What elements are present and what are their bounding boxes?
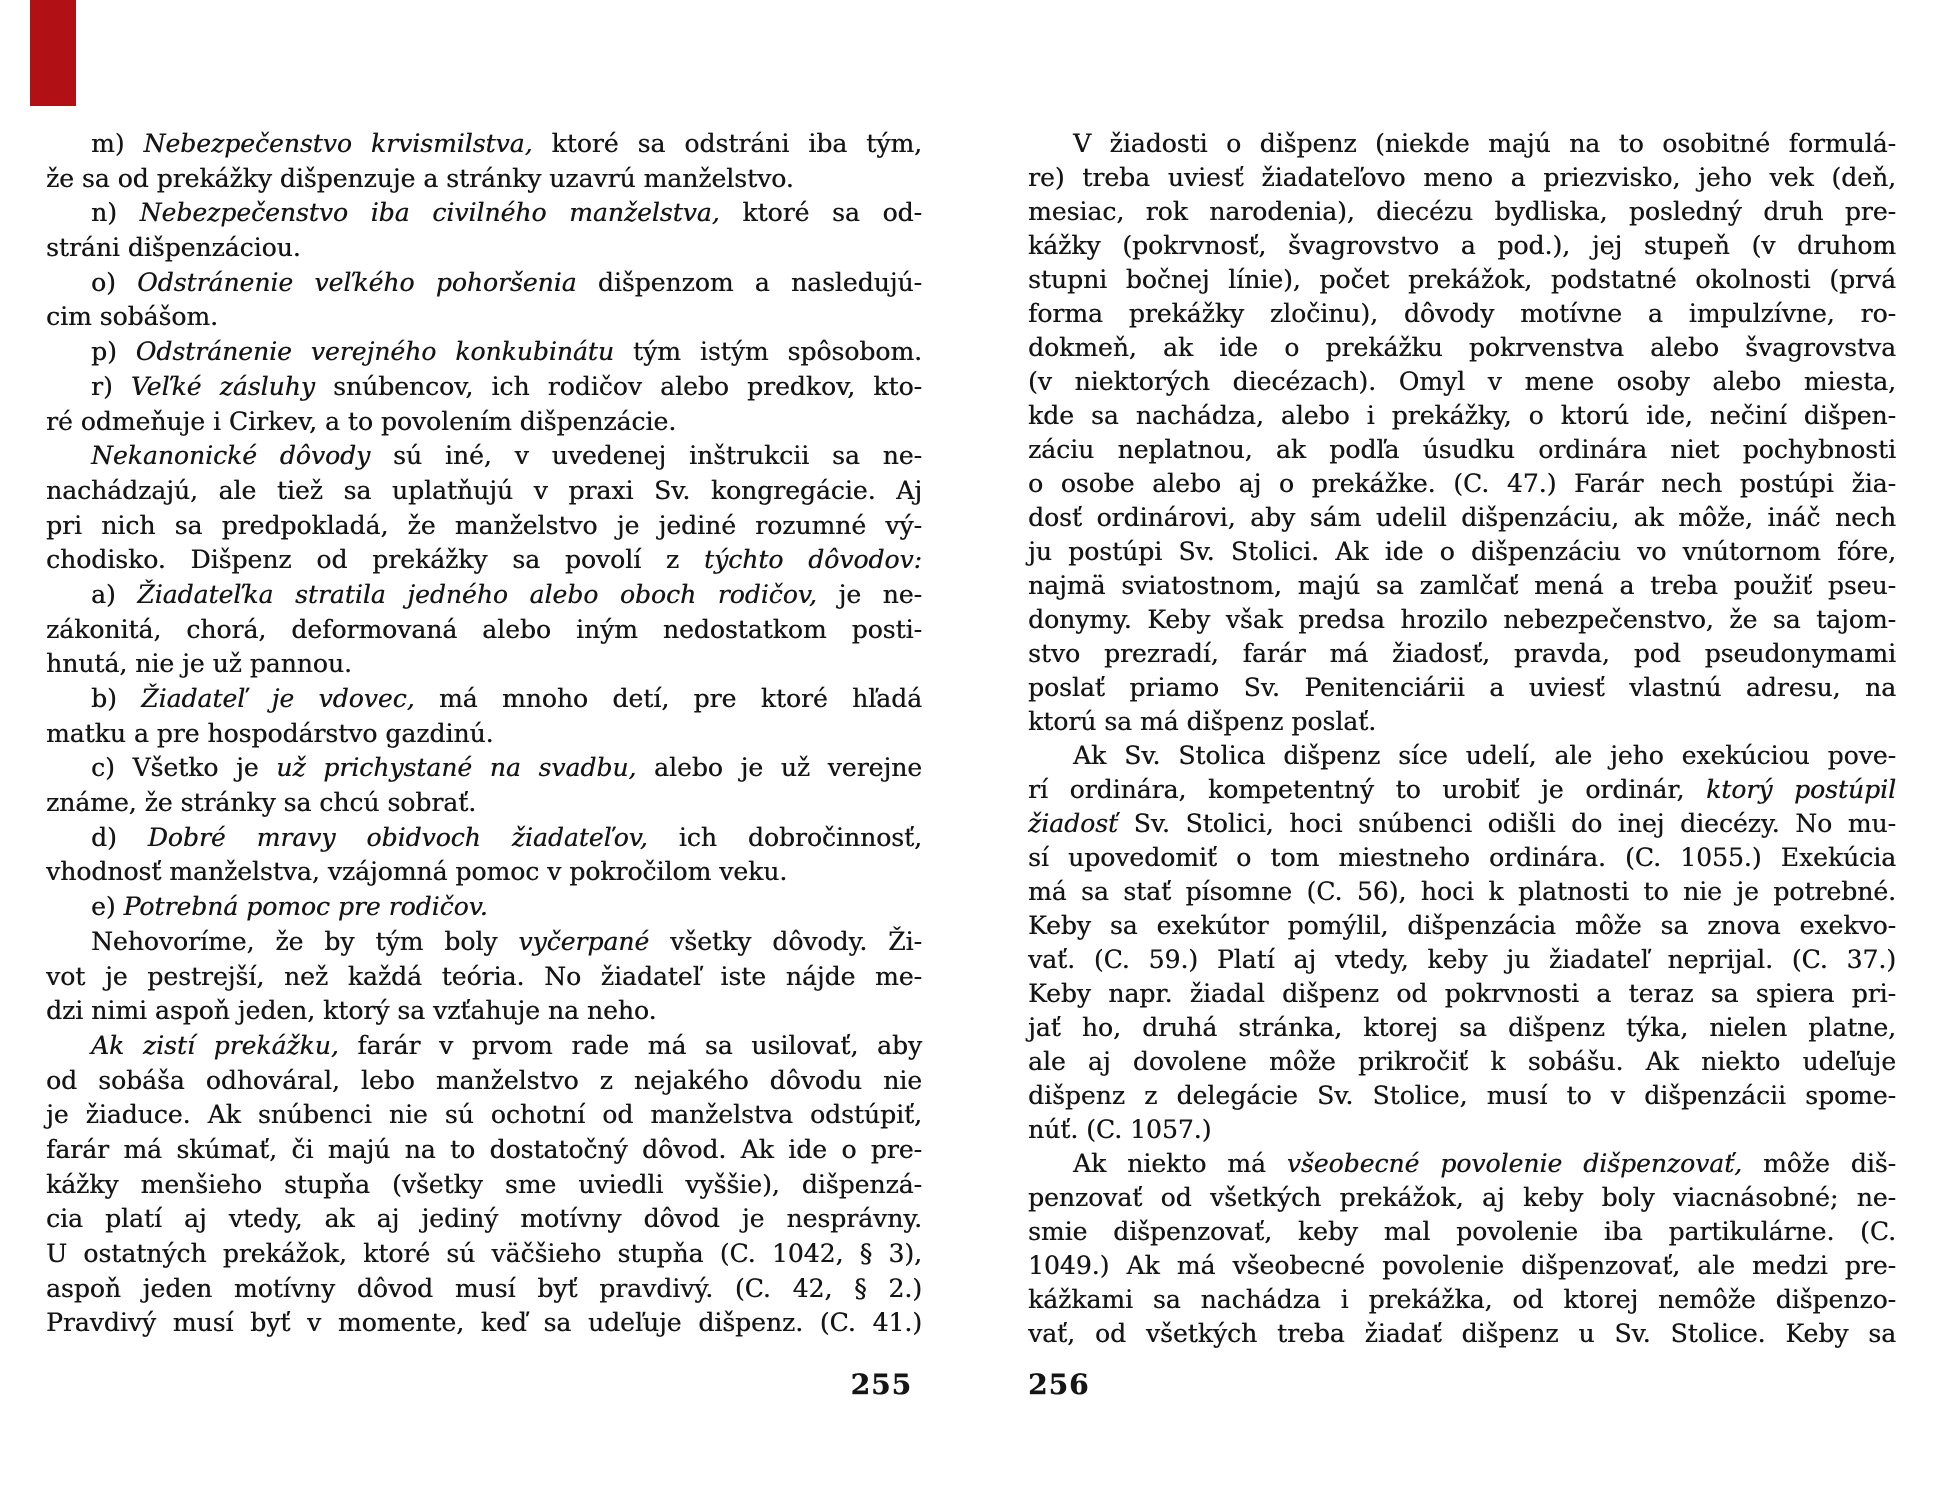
text-segment: vot je pestrejší, než každá teória. No ž… xyxy=(46,962,922,991)
italic-text-segment: Žiadateľ je vdovec, xyxy=(141,684,414,713)
text-line: kážkami sa nachádza i prekážka, od ktore… xyxy=(1028,1283,1896,1317)
text-segment: dišpenz z delegácie Sv. Stolice, musí to… xyxy=(1028,1081,1896,1110)
text-segment: ale aj dovolene môže prikročiť k sobášu.… xyxy=(1028,1047,1896,1076)
text-segment: Sv. Stolici, hoci snúbenci odišli do ine… xyxy=(1118,809,1896,838)
italic-text-segment: vyčerpané xyxy=(518,927,649,956)
text-segment: smie dišpenzovať, keby mal povolenie iba… xyxy=(1028,1217,1896,1246)
text-segment: d) xyxy=(91,823,148,852)
text-segment: stráni dišpenzáciou. xyxy=(46,233,301,262)
text-segment: matku a pre hospodárstvo gazdinú. xyxy=(46,719,494,748)
text-line: Ak niekto má všeobecné povolenie dišpenz… xyxy=(1028,1147,1896,1181)
text-line: chodisko. Dišpenz od prekážky sa povolí … xyxy=(46,543,922,578)
text-line: núť. (C. 1057.) xyxy=(1028,1113,1896,1147)
text-line: (v niektorých diecézach). Omyl v mene os… xyxy=(1028,365,1896,399)
text-line: stráni dišpenzáciou. xyxy=(46,231,922,266)
text-line: n) Nebezpečenstvo iba civilného manželst… xyxy=(46,196,922,231)
italic-text-segment: Veľké zásluhy xyxy=(131,372,315,401)
text-segment: pri nich sa predpokladá, že manželstvo j… xyxy=(46,511,922,540)
text-line: sí upovedomiť o tom miestneho ordinára. … xyxy=(1028,841,1896,875)
text-segment: ich dobročinnosť, xyxy=(648,823,922,852)
text-line: cim sobášom. xyxy=(46,300,922,335)
italic-text-segment: žiadosť xyxy=(1028,809,1118,838)
text-segment: Keby napr. žiadal dišpenz od pokrvnosti … xyxy=(1028,979,1896,1008)
text-line: V žiadosti o dišpenz (niekde majú na to … xyxy=(1028,127,1896,161)
text-line: známe, že stránky sa chcú sobrať. xyxy=(46,786,922,821)
text-line: a) Žiadateľka stratila jedného alebo obo… xyxy=(46,578,922,613)
text-line: e) Potrebná pomoc pre rodičov. xyxy=(46,890,922,925)
text-line: d) Dobré mravy obidvoch žiadateľov, ich … xyxy=(46,821,922,856)
italic-text-segment: už prichystané na svadbu, xyxy=(276,753,636,782)
text-segment: od sobáša odhováral, lebo manželstvo z n… xyxy=(46,1066,922,1095)
text-segment: dokmeň, ak ide o prekážku pokrvenstva al… xyxy=(1028,333,1896,362)
text-segment: dišpenzom a nasledujú- xyxy=(577,268,922,297)
text-line: dokmeň, ak ide o prekážku pokrvenstva al… xyxy=(1028,331,1896,365)
text-line: ré odmeňuje i Cirkev, a to povolením diš… xyxy=(46,405,922,440)
text-line: zákonitá, chorá, deformovaná alebo iným … xyxy=(46,613,922,648)
text-segment: jať ho, druhá stránka, ktorej sa dišpenz… xyxy=(1028,1013,1896,1042)
text-segment: ré odmeňuje i Cirkev, a to povolením diš… xyxy=(46,407,676,436)
text-line: vať. (C. 59.) Platí aj vtedy, keby ju ži… xyxy=(1028,943,1896,977)
text-line: Pravdivý musí byť v momente, keď sa udeľ… xyxy=(46,1306,922,1341)
italic-text-segment: Nekanonické dôvody xyxy=(91,441,370,470)
text-line: vhodnosť manželstva, vzájomná pomoc v po… xyxy=(46,855,922,890)
text-segment: dzi nimi aspoň jeden, ktorý sa vzťahuje … xyxy=(46,996,656,1025)
italic-text-segment: Odstránenie veľkého pohoršenia xyxy=(137,268,576,297)
page-number-right: 256 xyxy=(1028,1368,1089,1401)
text-line: vať, od všetkých treba žiadať dišpenz u … xyxy=(1028,1317,1896,1351)
text-segment: n) xyxy=(91,198,140,227)
text-segment: o) xyxy=(91,268,137,297)
text-segment: aspoň jeden motívny dôvod musí byť pravd… xyxy=(46,1274,922,1303)
text-line: cia platí aj vtedy, ak aj jediný motívny… xyxy=(46,1202,922,1237)
text-segment: c) Všetko je xyxy=(91,753,276,782)
text-line: forma prekážky zločinu), dôvody motívne … xyxy=(1028,297,1896,331)
italic-text-segment: Nebezpečenstvo krvismilstva, xyxy=(144,129,533,158)
text-line: kážky menšieho stupňa (všetky sme uviedl… xyxy=(46,1168,922,1203)
italic-text-segment: Odstránenie verejného konkubinátu xyxy=(136,337,614,366)
text-segment: ktoré sa odstráni iba tým, xyxy=(533,129,922,158)
text-line: m) Nebezpečenstvo krvismilstva, ktoré sa… xyxy=(46,127,922,162)
text-segment: re) treba uviesť žiadateľovo meno a prie… xyxy=(1028,163,1896,192)
text-line: hnutá, nie je už pannou. xyxy=(46,647,922,682)
text-segment: vať, od všetkých treba žiadať dišpenz u … xyxy=(1028,1319,1896,1348)
text-line: dzi nimi aspoň jeden, ktorý sa vzťahuje … xyxy=(46,994,922,1029)
text-segment: má mnoho detí, pre ktoré hľadá xyxy=(415,684,922,713)
page-right-text: V žiadosti o dišpenz (niekde majú na to … xyxy=(1028,127,1896,1351)
text-line: mesiac, rok narodenia), diecézu bydliska… xyxy=(1028,195,1896,229)
text-segment: môže diš- xyxy=(1742,1149,1896,1178)
text-line: 1049.) Ak má všeobecné povolenie dišpenz… xyxy=(1028,1249,1896,1283)
text-line: farár má skúmať, či majú na to dostatočn… xyxy=(46,1133,922,1168)
text-line: že sa od prekážky dišpenzuje a stránky u… xyxy=(46,162,922,197)
text-segment: forma prekážky zločinu), dôvody motívne … xyxy=(1028,299,1896,328)
text-segment: ktoré sa od- xyxy=(720,198,922,227)
text-line: Nekanonické dôvody sú iné, v uvedenej in… xyxy=(46,439,922,474)
text-segment: ktorú sa má dišpenz poslať. xyxy=(1028,707,1376,736)
text-line: nachádzajú, ale tiež sa uplatňujú v prax… xyxy=(46,474,922,509)
text-segment: donymy. Keby však predsa hrozilo nebezpe… xyxy=(1028,605,1896,634)
text-line: kde sa nachádza, alebo i prekážky, o kto… xyxy=(1028,399,1896,433)
text-segment: alebo je už verejne xyxy=(636,753,922,782)
text-segment: chodisko. Dišpenz od prekážky sa povolí … xyxy=(46,545,704,574)
text-line: vot je pestrejší, než každá teória. No ž… xyxy=(46,960,922,995)
text-line: Ak zistí prekážku, farár v prvom rade má… xyxy=(46,1029,922,1064)
book-spread: m) Nebezpečenstvo krvismilstva, ktoré sa… xyxy=(0,0,1942,1500)
text-line: kážky (pokrvnosť, švagrovstvo a pod.), j… xyxy=(1028,229,1896,263)
text-line: U ostatných prekážok, ktoré sú väčšieho … xyxy=(46,1237,922,1272)
text-line: ju postúpi Sv. Stolici. Ak ide o dišpenz… xyxy=(1028,535,1896,569)
text-segment: V žiadosti o dišpenz (niekde majú na to … xyxy=(1073,129,1896,158)
italic-text-segment: Potrebná pomoc pre rodičov. xyxy=(124,892,488,921)
text-segment: a) xyxy=(91,580,137,609)
text-segment: Pravdivý musí byť v momente, keď sa udeľ… xyxy=(46,1308,922,1337)
text-segment: je ne- xyxy=(817,580,922,609)
text-line: Nehovoríme, že by tým boly vyčerpané vše… xyxy=(46,925,922,960)
text-segment: b) xyxy=(91,684,141,713)
text-line: žiadosť Sv. Stolici, hoci snúbenci odišl… xyxy=(1028,807,1896,841)
text-segment: vhodnosť manželstva, vzájomná pomoc v po… xyxy=(46,857,787,886)
text-line: pri nich sa predpokladá, že manželstvo j… xyxy=(46,509,922,544)
text-line: p) Odstránenie verejného konkubinátu tým… xyxy=(46,335,922,370)
page-number-left: 255 xyxy=(46,1368,912,1401)
text-segment: sú iné, v uvedenej inštrukcii sa ne- xyxy=(370,441,922,470)
text-segment: známe, že stránky sa chcú sobrať. xyxy=(46,788,476,817)
text-line: aspoň jeden motívny dôvod musí byť pravd… xyxy=(46,1272,922,1307)
text-segment: vať. (C. 59.) Platí aj vtedy, keby ju ži… xyxy=(1028,945,1896,974)
text-segment: Keby sa exekútor pomýlil, dišpenzácia mô… xyxy=(1028,911,1896,940)
text-line: smie dišpenzovať, keby mal povolenie iba… xyxy=(1028,1215,1896,1249)
text-line: dosť ordinárovi, aby sám udelil dišpenzá… xyxy=(1028,501,1896,535)
text-segment: sí upovedomiť o tom miestneho ordinára. … xyxy=(1028,843,1896,872)
text-line: donymy. Keby však predsa hrozilo nebezpe… xyxy=(1028,603,1896,637)
text-segment: Nehovoríme, že by tým boly xyxy=(91,927,518,956)
text-segment: hnutá, nie je už pannou. xyxy=(46,649,352,678)
text-line: záciu neplatnou, ak podľa úsudku ordinár… xyxy=(1028,433,1896,467)
text-segment: rí ordinára, kompetentný to urobiť je or… xyxy=(1028,775,1706,804)
text-segment: má sa stať písomne (C. 56), hoci k platn… xyxy=(1028,877,1896,906)
text-line: penzovať od všetkých prekážok, aj keby b… xyxy=(1028,1181,1896,1215)
text-line: o) Odstránenie veľkého pohoršenia dišpen… xyxy=(46,266,922,301)
text-line: r) Veľké zásluhy snúbencov, ich rodičov … xyxy=(46,370,922,405)
text-segment: dosť ordinárovi, aby sám udelil dišpenzá… xyxy=(1028,503,1896,532)
text-segment: (v niektorých diecézach). Omyl v mene os… xyxy=(1028,367,1896,396)
text-line: má sa stať písomne (C. 56), hoci k platn… xyxy=(1028,875,1896,909)
text-segment: najmä sviatostnom, majú sa zamlčať mená … xyxy=(1028,571,1896,600)
text-segment: kde sa nachádza, alebo i prekážky, o kto… xyxy=(1028,401,1896,430)
text-segment: Ak niekto má xyxy=(1073,1149,1287,1178)
text-line: Keby napr. žiadal dišpenz od pokrvnosti … xyxy=(1028,977,1896,1011)
text-segment: farár má skúmať, či majú na to dostatočn… xyxy=(46,1135,922,1164)
text-segment: kážky (pokrvnosť, švagrovstvo a pod.), j… xyxy=(1028,231,1896,260)
italic-text-segment: Dobré mravy obidvoch žiadateľov, xyxy=(148,823,648,852)
text-segment: U ostatných prekážok, ktoré sú väčšieho … xyxy=(46,1239,922,1268)
text-line: matku a pre hospodárstvo gazdinú. xyxy=(46,717,922,752)
text-line: o osobe alebo aj o prekážke. (C. 47.) Fa… xyxy=(1028,467,1896,501)
text-line: ale aj dovolene môže prikročiť k sobášu.… xyxy=(1028,1045,1896,1079)
italic-text-segment: týchto dôvodov: xyxy=(704,545,922,574)
text-segment: ju postúpi Sv. Stolici. Ak ide o dišpenz… xyxy=(1028,537,1896,566)
text-segment: mesiac, rok narodenia), diecézu bydliska… xyxy=(1028,197,1896,226)
text-segment: záciu neplatnou, ak podľa úsudku ordinár… xyxy=(1028,435,1896,464)
page-left-text: m) Nebezpečenstvo krvismilstva, ktoré sa… xyxy=(46,127,922,1341)
text-segment: cia platí aj vtedy, ak aj jediný motívny… xyxy=(46,1204,922,1233)
text-segment: núť. (C. 1057.) xyxy=(1028,1115,1211,1144)
italic-text-segment: Nebezpečenstvo iba civilného manželstva, xyxy=(140,198,720,227)
text-segment: všetky dôvody. Ži- xyxy=(649,927,922,956)
text-segment: je žiaduce. Ak snúbenci nie sú ochotní o… xyxy=(46,1100,922,1129)
text-line: rí ordinára, kompetentný to urobiť je or… xyxy=(1028,773,1896,807)
text-segment: kážkami sa nachádza i prekážka, od ktore… xyxy=(1028,1285,1896,1314)
text-line: stvo prezradí, farár má žiadosť, pravda,… xyxy=(1028,637,1896,671)
text-line: dišpenz z delegácie Sv. Stolice, musí to… xyxy=(1028,1079,1896,1113)
text-line: stupni bočnej línie), počet prekážok, po… xyxy=(1028,263,1896,297)
text-segment: stupni bočnej línie), počet prekážok, po… xyxy=(1028,265,1896,294)
text-segment: r) xyxy=(91,372,131,401)
text-segment: farár v prvom rade má sa usilovať, aby xyxy=(339,1031,922,1060)
text-segment: p) xyxy=(91,337,136,366)
italic-text-segment: Žiadateľka stratila jedného alebo oboch … xyxy=(137,580,817,609)
italic-text-segment: ktorý postúpil xyxy=(1706,775,1896,804)
text-segment: penzovať od všetkých prekážok, aj keby b… xyxy=(1028,1183,1896,1212)
text-line: c) Všetko je už prichystané na svadbu, a… xyxy=(46,751,922,786)
text-line: b) Žiadateľ je vdovec, má mnoho detí, pr… xyxy=(46,682,922,717)
italic-text-segment: Ak zistí prekážku, xyxy=(91,1031,339,1060)
italic-text-segment: všeobecné povolenie dišpenzovať, xyxy=(1287,1149,1742,1178)
text-segment: stvo prezradí, farár má žiadosť, pravda,… xyxy=(1028,639,1896,668)
text-line: poslať priamo Sv. Penitenciárii a uviesť… xyxy=(1028,671,1896,705)
text-segment: tým istým spôsobom. xyxy=(614,337,922,366)
text-segment: o osobe alebo aj o prekážke. (C. 47.) Fa… xyxy=(1028,469,1896,498)
text-segment: 1049.) Ak má všeobecné povolenie dišpenz… xyxy=(1028,1251,1896,1280)
text-line: ktorú sa má dišpenz poslať. xyxy=(1028,705,1896,739)
text-segment: e) xyxy=(91,892,124,921)
text-segment: nachádzajú, ale tiež sa uplatňujú v prax… xyxy=(46,476,922,505)
text-line: Keby sa exekútor pomýlil, dišpenzácia mô… xyxy=(1028,909,1896,943)
text-segment: cim sobášom. xyxy=(46,302,218,331)
text-segment: poslať priamo Sv. Penitenciárii a uviesť… xyxy=(1028,673,1896,702)
text-segment: Ak Sv. Stolica dišpenz síce udelí, ale j… xyxy=(1073,741,1896,770)
text-line: najmä sviatostnom, majú sa zamlčať mená … xyxy=(1028,569,1896,603)
text-line: od sobáša odhováral, lebo manželstvo z n… xyxy=(46,1064,922,1099)
text-segment: zákonitá, chorá, deformovaná alebo iným … xyxy=(46,615,922,644)
text-segment: kážky menšieho stupňa (všetky sme uviedl… xyxy=(46,1170,922,1199)
text-line: Ak Sv. Stolica dišpenz síce udelí, ale j… xyxy=(1028,739,1896,773)
text-segment: že sa od prekážky dišpenzuje a stránky u… xyxy=(46,164,794,193)
text-segment: snúbencov, ich rodičov alebo predkov, kt… xyxy=(315,372,922,401)
red-marker xyxy=(30,0,76,106)
text-line: je žiaduce. Ak snúbenci nie sú ochotní o… xyxy=(46,1098,922,1133)
text-line: jať ho, druhá stránka, ktorej sa dišpenz… xyxy=(1028,1011,1896,1045)
text-segment: m) xyxy=(91,129,144,158)
text-line: re) treba uviesť žiadateľovo meno a prie… xyxy=(1028,161,1896,195)
